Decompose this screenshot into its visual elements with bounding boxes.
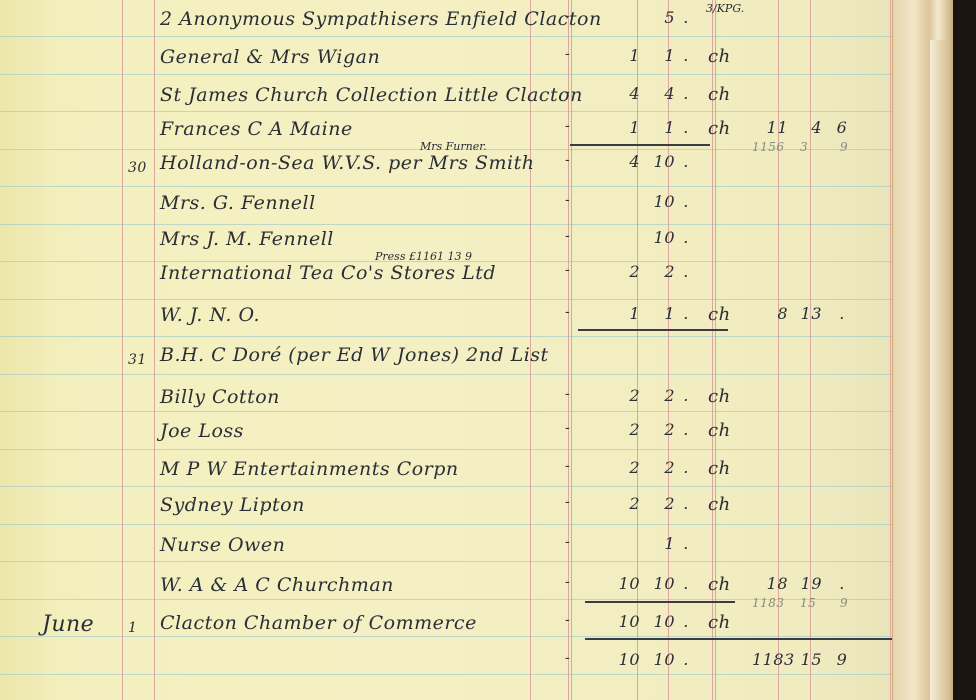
entry-pounds: 2 <box>612 458 640 477</box>
entry-pounds: 1 <box>612 304 640 323</box>
entry-pounds: 2 <box>612 262 640 281</box>
entry-shillings: 10 <box>645 192 675 211</box>
running-total-pence: 6 <box>832 118 852 137</box>
ledger-row: General & Mrs Wigan11.ch- <box>0 46 905 82</box>
entry-name: Holland-on-Sea W.V.S. per Mrs Smith <box>160 152 534 174</box>
tick-mark: - <box>565 650 570 666</box>
pencil-running-total: 15 <box>800 596 816 610</box>
entry-pence: . <box>680 8 692 27</box>
entry-shillings: 2 <box>645 420 675 439</box>
entry-pence: . <box>680 152 692 171</box>
entry-name: St James Church Collection Little Clacto… <box>160 84 583 106</box>
running-total-pounds: 11 <box>752 118 788 137</box>
entry-pounds: 1 <box>612 118 640 137</box>
subtotal-line <box>585 601 735 603</box>
entry-name: Joe Loss <box>160 420 244 442</box>
entry-shillings: 2 <box>645 494 675 513</box>
ledger-row: Mrs. G. Fennell10.- <box>0 192 905 228</box>
tick-mark: - <box>565 152 570 168</box>
entry-name: Billy Cotton <box>160 386 280 408</box>
entry-name: B.H. C Doré (per Ed W Jones) 2nd List <box>160 344 549 366</box>
entry-day: 1 <box>128 620 137 636</box>
torn-page-edge <box>930 40 948 700</box>
entry-note: ch <box>708 612 731 633</box>
running-total-pounds: 18 <box>752 574 788 593</box>
entry-pence: . <box>680 612 692 631</box>
entry-shillings: 2 <box>645 262 675 281</box>
entry-pence: . <box>680 118 692 137</box>
tick-mark: - <box>565 612 570 628</box>
entry-pence: . <box>680 420 692 439</box>
entry-pence: . <box>680 534 692 553</box>
ledger-row: June1Clacton Chamber of Commerce1010.ch- <box>0 612 905 648</box>
entry-pounds: 10 <box>612 612 640 631</box>
entry-name: Frances C A Maine <box>160 118 353 140</box>
tick-mark: - <box>565 458 570 474</box>
ledger-page: 3/KPG. 2 Anonymous Sympathisers Enfield … <box>0 0 905 700</box>
ledger-row: St James Church Collection Little Clacto… <box>0 84 905 120</box>
entry-shillings: 1 <box>645 534 675 553</box>
tick-mark: - <box>565 192 570 208</box>
ledger-row: Sydney Lipton22.ch- <box>0 494 905 530</box>
entry-pence: . <box>680 192 692 211</box>
entry-pence: . <box>680 574 692 593</box>
entry-name: International Tea Co's Stores Ltd <box>160 262 496 284</box>
entry-pounds: 2 <box>612 420 640 439</box>
entry-pence: . <box>680 386 692 405</box>
running-total-shillings: 13 <box>792 304 822 323</box>
ruled-line <box>0 299 905 300</box>
ledger-row: 2 Anonymous Sympathisers Enfield Clacton… <box>0 8 905 44</box>
entry-shillings: 10 <box>645 152 675 171</box>
tick-mark: - <box>565 46 570 62</box>
entry-note: ch <box>708 84 731 105</box>
entry-name: 2 Anonymous Sympathisers Enfield Clacton <box>160 8 602 30</box>
entry-pounds: 4 <box>612 152 640 171</box>
tick-mark: - <box>565 228 570 244</box>
ledger-row: Billy Cotton22.ch- <box>0 386 905 422</box>
entry-shillings: 2 <box>645 458 675 477</box>
subtotal-line <box>570 144 710 146</box>
ledger-row: M P W Entertainments Corpn22.ch- <box>0 458 905 494</box>
ledger-row: W. J. N. O.11.ch813.- <box>0 304 905 340</box>
entry-note: ch <box>708 494 731 515</box>
entry-pence: . <box>680 228 692 247</box>
tick-mark: - <box>565 304 570 320</box>
tick-mark: - <box>565 386 570 402</box>
entry-pounds: 10 <box>612 650 640 669</box>
ledger-row: 1010.1183159- <box>0 650 905 686</box>
entry-name: Clacton Chamber of Commerce <box>160 612 477 634</box>
entry-note: ch <box>708 118 731 139</box>
entry-shillings: 1 <box>645 304 675 323</box>
entry-pence: . <box>680 84 692 103</box>
entry-shillings: 10 <box>645 650 675 669</box>
tick-mark: - <box>565 118 570 134</box>
entry-note: ch <box>708 420 731 441</box>
entry-shillings: 10 <box>645 574 675 593</box>
running-total-pence: . <box>832 304 852 323</box>
entry-note: ch <box>708 458 731 479</box>
entry-shillings: 4 <box>645 84 675 103</box>
interlinear-note: Mrs Furner. <box>420 140 487 153</box>
entry-note: ch <box>708 46 731 67</box>
ledger-row: International Tea Co's Stores Ltd22.-Pre… <box>0 262 905 298</box>
total-line <box>585 638 905 640</box>
entry-shillings: 10 <box>645 228 675 247</box>
tick-mark: - <box>565 420 570 436</box>
interlinear-note: Press £1161 13 9 <box>375 250 472 263</box>
entry-pounds: 10 <box>612 574 640 593</box>
entry-pence: . <box>680 46 692 65</box>
entry-month: June <box>42 612 94 637</box>
entry-name: Mrs J. M. Fennell <box>160 228 334 250</box>
entry-pounds: 1 <box>612 46 640 65</box>
entry-shillings: 5 <box>645 8 675 27</box>
entry-pence: . <box>680 650 692 669</box>
running-total-pounds: 8 <box>752 304 788 323</box>
entry-pounds: 2 <box>612 386 640 405</box>
pencil-running-total: 9 <box>840 596 848 610</box>
entry-name: W. A & A C Churchman <box>160 574 394 596</box>
entry-day: 31 <box>128 352 147 368</box>
tick-mark: - <box>565 262 570 278</box>
entry-pence: . <box>680 494 692 513</box>
running-total-shillings: 4 <box>792 118 822 137</box>
tick-mark: - <box>565 494 570 510</box>
entry-name: Mrs. G. Fennell <box>160 192 316 214</box>
entry-shillings: 1 <box>645 46 675 65</box>
running-total-pence: . <box>832 574 852 593</box>
entry-pence: . <box>680 304 692 323</box>
entry-shillings: 10 <box>645 612 675 631</box>
tick-mark: - <box>565 534 570 550</box>
running-total-pounds: 1183 <box>752 650 788 669</box>
entry-name: Nurse Owen <box>160 534 285 556</box>
ledger-row: Nurse Owen1.- <box>0 534 905 570</box>
entry-shillings: 1 <box>645 118 675 137</box>
entry-pence: . <box>680 458 692 477</box>
entry-pounds: 4 <box>612 84 640 103</box>
ledger-row: W. A & A C Churchman1010.ch1819.-1183159 <box>0 574 905 610</box>
ledger-row: 31B.H. C Doré (per Ed W Jones) 2nd List <box>0 344 905 380</box>
running-total-pence: 9 <box>832 650 852 669</box>
entry-pounds: 2 <box>612 494 640 513</box>
entry-name: General & Mrs Wigan <box>160 46 380 68</box>
entry-note: ch <box>708 574 731 595</box>
pencil-running-total: 1183 <box>752 596 785 610</box>
subtotal-line <box>578 329 728 331</box>
tick-mark: - <box>565 574 570 590</box>
entry-day: 30 <box>128 160 147 176</box>
ledger-row: 30Holland-on-Sea W.V.S. per Mrs Smith410… <box>0 152 905 188</box>
entry-shillings: 2 <box>645 386 675 405</box>
entry-note: ch <box>708 386 731 407</box>
entry-name: M P W Entertainments Corpn <box>160 458 459 480</box>
tick-mark: - <box>565 84 570 100</box>
ledger-row: Joe Loss22.ch- <box>0 420 905 456</box>
running-total-shillings: 15 <box>792 650 822 669</box>
entry-pence: . <box>680 262 692 281</box>
entry-name: W. J. N. O. <box>160 304 260 326</box>
entry-name: Sydney Lipton <box>160 494 305 516</box>
entry-note: ch <box>708 304 731 325</box>
running-total-shillings: 19 <box>792 574 822 593</box>
tick-mark: - <box>565 8 570 24</box>
